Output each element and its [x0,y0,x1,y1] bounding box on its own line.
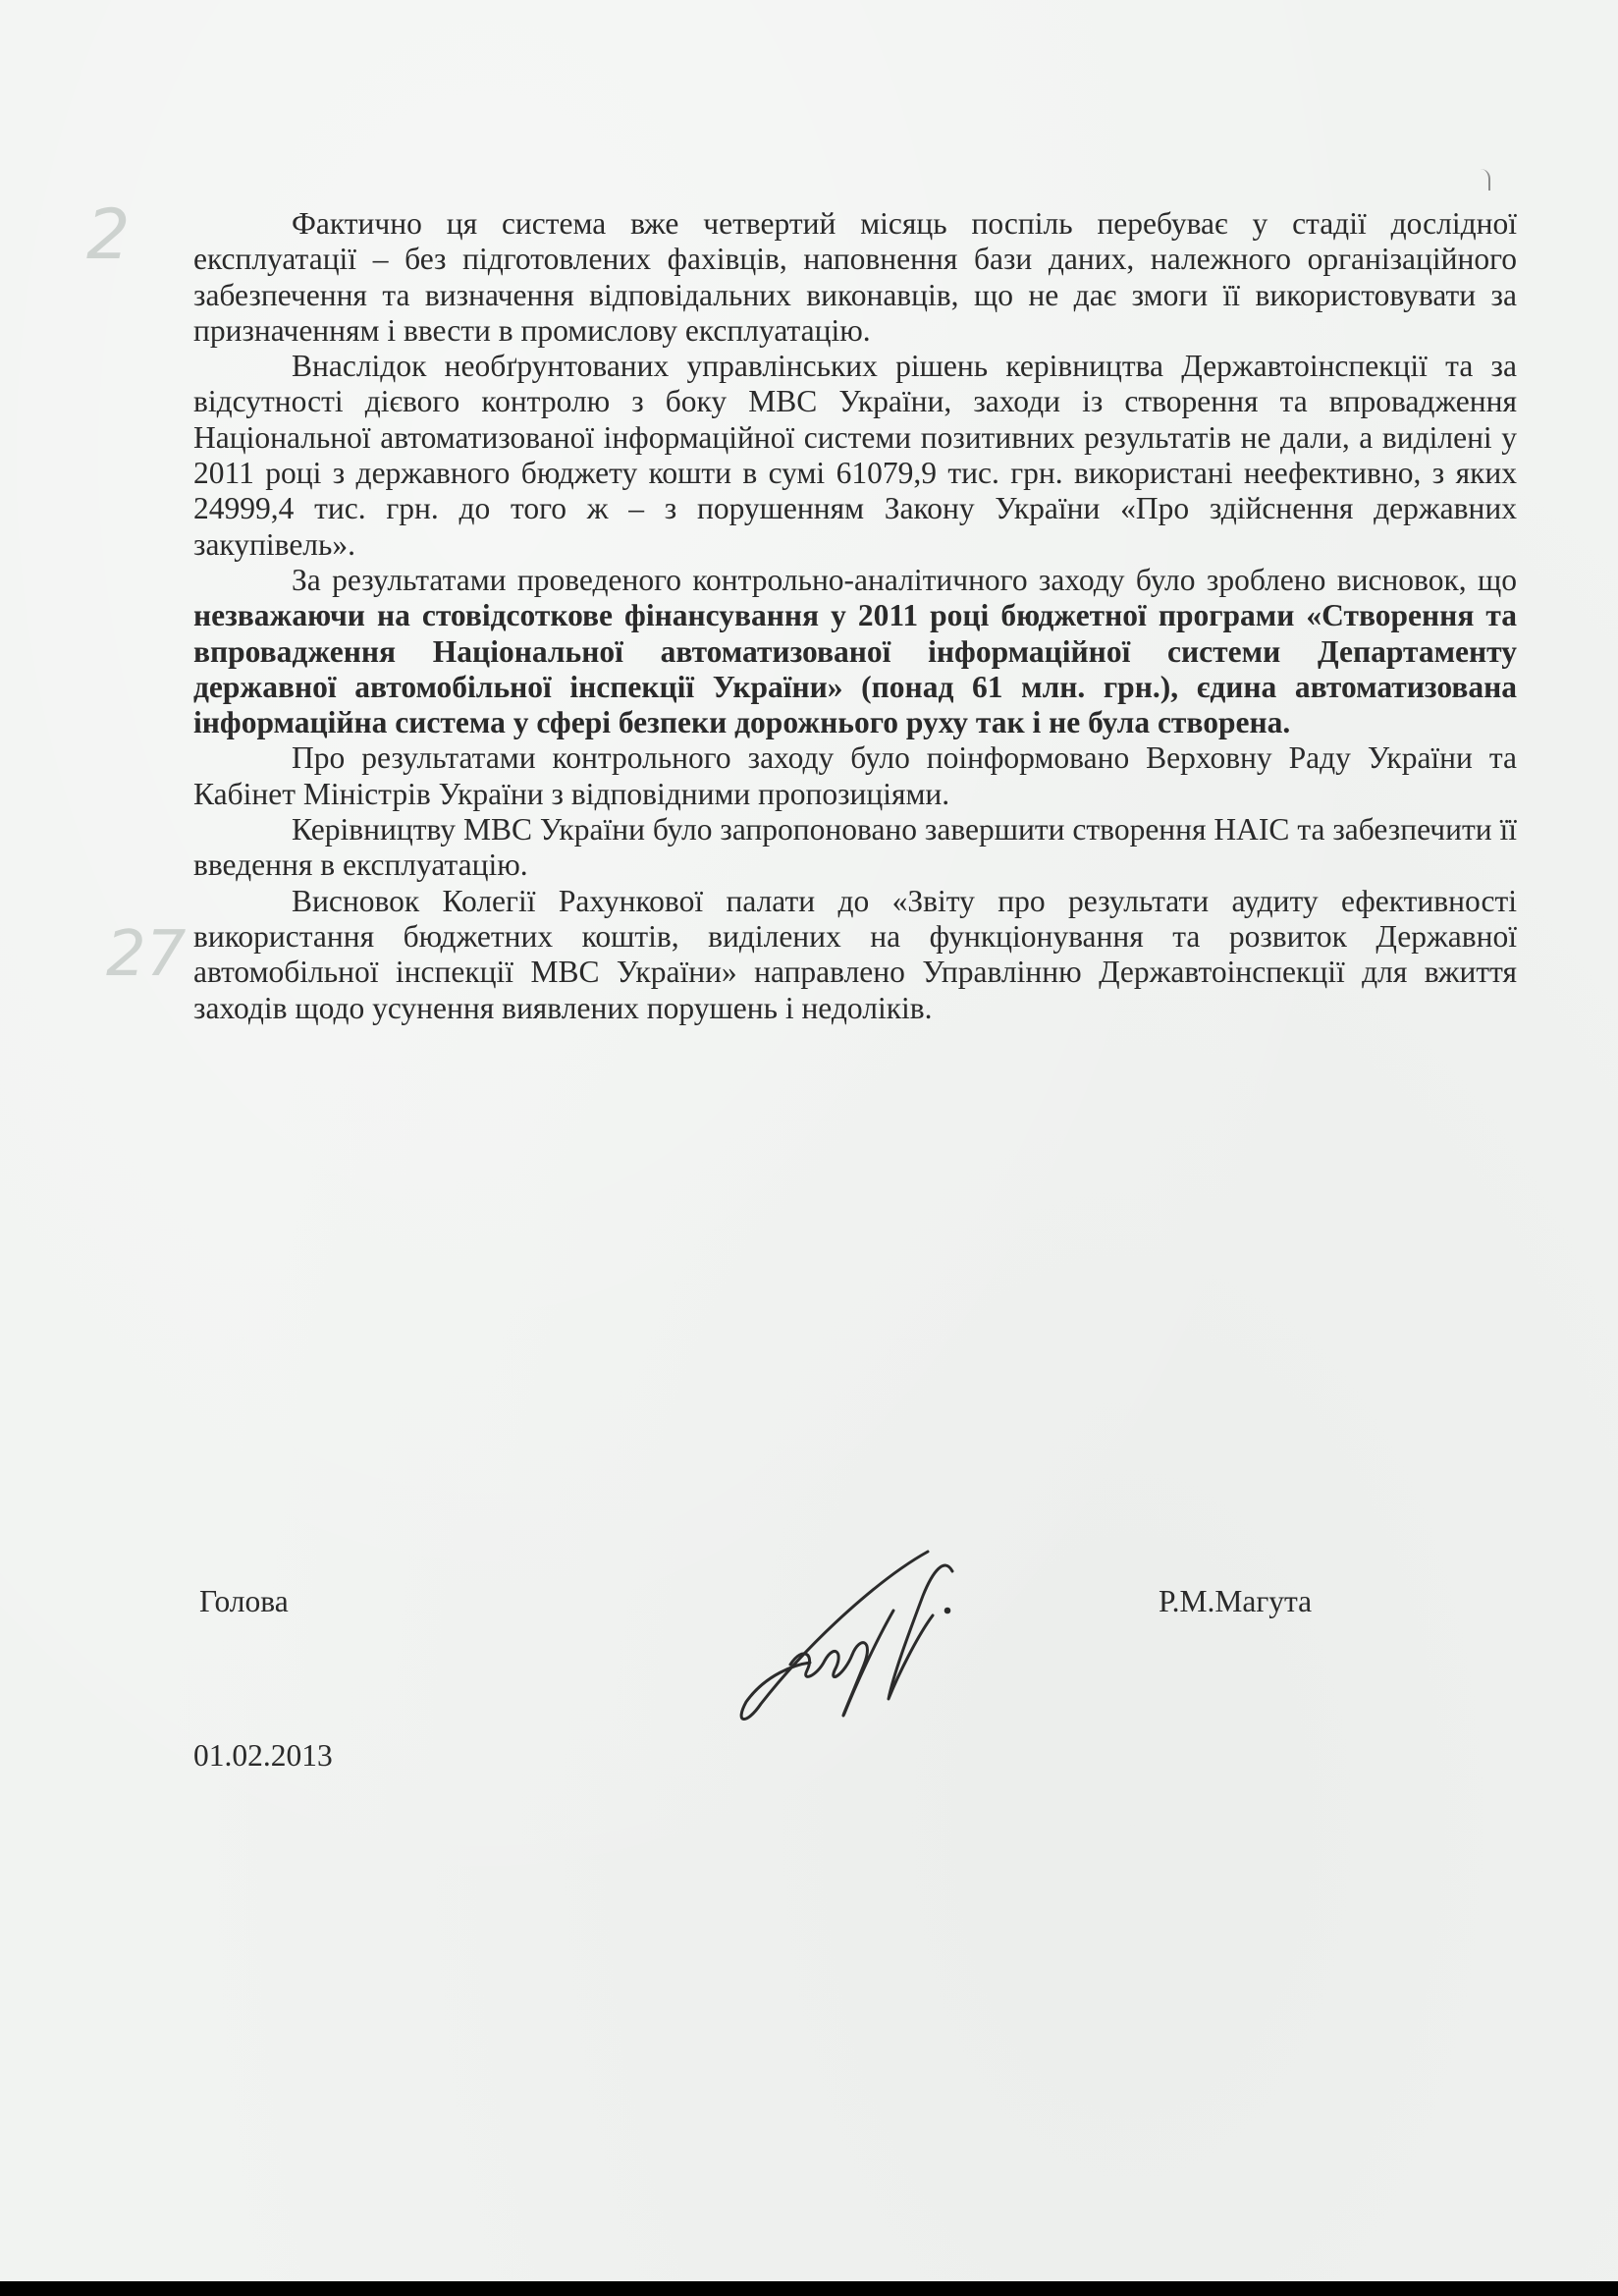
paragraph-text: Фактично ця система вже четвертий місяць… [193,206,1517,348]
paragraph: Фактично ця система вже четвертий місяць… [193,206,1517,349]
document-date: 01.02.2013 [193,1738,333,1774]
signatory-position: Голова [199,1584,289,1619]
paragraph-text: Висновок Колегії Рахункової палати до «З… [193,884,1517,1025]
paragraph: За результатами проведеного контрольно-а… [193,563,1517,740]
paragraph-text: Керівництву МВС України було запропонова… [193,812,1517,882]
paragraph: Внаслідок необґрунтованих управлінських … [193,349,1517,563]
paragraph: Керівництву МВС України було запропонова… [193,812,1517,884]
pen-tick-mark [1481,169,1490,191]
paragraph: Про результатами контрольного заходу бул… [193,740,1517,812]
signatory-name: Р.М.Магута [1159,1584,1312,1619]
paragraph-bold-conclusion: незважаючи на стовідсоткове фінансування… [193,598,1517,739]
scanned-page: 2 27 Фактично ця система вже четвертий м… [0,0,1618,2281]
paragraph-text: За результатами проведеного контрольно-а… [292,563,1517,597]
pencil-margin-mark: 2 [86,194,131,275]
pencil-margin-mark: 27 [106,918,186,991]
paragraph: Висновок Колегії Рахункової палати до «З… [193,884,1517,1026]
scan-border [0,2281,1618,2296]
handwritten-signature-icon [687,1517,1060,1733]
paragraph-text: Внаслідок необґрунтованих управлінських … [193,349,1517,561]
paragraph-text: Про результатами контрольного заходу бул… [193,740,1517,810]
document-body: Фактично ця система вже четвертий місяць… [193,206,1517,1026]
